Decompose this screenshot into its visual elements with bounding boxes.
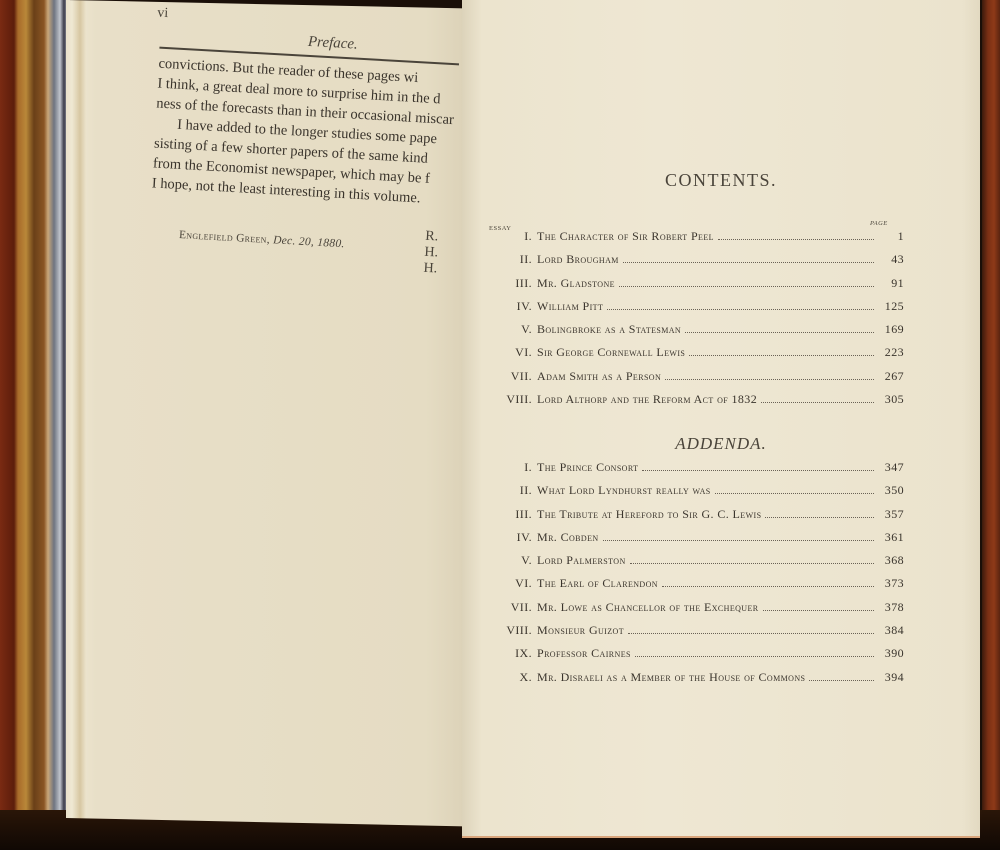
- entry-page: 378: [878, 600, 904, 615]
- entry-page: 350: [878, 483, 904, 498]
- entry-number: III.: [486, 507, 537, 522]
- dot-leader: [607, 308, 874, 310]
- entry-title: Mr. Lowe as Chancellor of the Exchequer: [537, 600, 759, 615]
- entry-number: I.: [486, 229, 537, 244]
- addenda-list: I. The Prince Consort 347 II. What Lord …: [486, 460, 904, 693]
- entry-title: The Character of Sir Robert Peel: [537, 229, 714, 244]
- entry-number: VIII.: [486, 392, 537, 407]
- dot-leader: [630, 562, 874, 564]
- dot-leader: [665, 378, 874, 380]
- entry-number: X.: [486, 670, 537, 685]
- entry-number: VIII.: [486, 623, 537, 638]
- dot-leader: [603, 539, 874, 541]
- entry-number: VII.: [486, 600, 537, 615]
- essays-list: I. The Character of Sir Robert Peel 1 II…: [486, 229, 904, 415]
- toc-entry: IX. Professor Cairnes 390: [486, 646, 904, 669]
- entry-title: Mr. Gladstone: [537, 276, 615, 291]
- right-page: [462, 0, 980, 838]
- toc-entry: V. Lord Palmerston 368: [486, 553, 904, 576]
- toc-entry: X. Mr. Disraeli as a Member of the House…: [486, 670, 904, 693]
- entry-title: Bolingbroke as a Statesman: [537, 322, 681, 337]
- entry-number: V.: [486, 322, 537, 337]
- entry-title: Adam Smith as a Person: [537, 369, 661, 384]
- dot-leader: [628, 632, 874, 634]
- entry-number: VII.: [486, 369, 537, 384]
- entry-title: Monsieur Guizot: [537, 623, 624, 638]
- toc-entry: VII. Mr. Lowe as Chancellor of the Exche…: [486, 600, 904, 623]
- entry-number: IV.: [486, 530, 537, 545]
- entry-page: 125: [878, 299, 904, 314]
- entry-title: Sir George Cornewall Lewis: [537, 345, 685, 360]
- entry-page: 373: [878, 576, 904, 591]
- addenda-heading: ADDENDA.: [462, 434, 980, 454]
- entry-number: III.: [486, 276, 537, 291]
- dot-leader: [718, 238, 874, 240]
- entry-number: VI.: [486, 345, 537, 360]
- entry-title: Lord Palmerston: [537, 553, 626, 568]
- entry-title: The Prince Consort: [537, 460, 638, 475]
- entry-page: 368: [878, 553, 904, 568]
- toc-entry: III. The Tribute at Hereford to Sir G. C…: [486, 507, 904, 530]
- contents-title: CONTENTS.: [462, 170, 980, 191]
- toc-entry: I. The Character of Sir Robert Peel 1: [486, 229, 904, 252]
- entry-page: 384: [878, 623, 904, 638]
- entry-page: 91: [878, 276, 904, 291]
- entry-number: V.: [486, 553, 537, 568]
- toc-entry: VIII. Monsieur Guizot 384: [486, 623, 904, 646]
- dot-leader: [685, 331, 874, 333]
- dot-leader: [642, 469, 874, 471]
- toc-entry: VI. The Earl of Clarendon 373: [486, 576, 904, 599]
- entry-title: The Earl of Clarendon: [537, 576, 658, 591]
- entry-page: 223: [878, 345, 904, 360]
- toc-entry: II. Lord Brougham 43: [486, 252, 904, 275]
- entry-page: 357: [878, 507, 904, 522]
- entry-title: The Tribute at Hereford to Sir G. C. Lew…: [537, 507, 761, 522]
- entry-title: Mr. Cobden: [537, 530, 599, 545]
- page-column-label: PAGE: [870, 220, 888, 227]
- entry-number: IV.: [486, 299, 537, 314]
- entry-page: 390: [878, 646, 904, 661]
- entry-number: II.: [486, 483, 537, 498]
- entry-page: 169: [878, 322, 904, 337]
- entry-title: Lord Brougham: [537, 252, 619, 267]
- dot-leader: [689, 354, 874, 356]
- preface-signature: R. H. H.: [423, 229, 454, 278]
- entry-title: Mr. Disraeli as a Member of the House of…: [537, 670, 805, 685]
- entry-title: William Pitt: [537, 299, 603, 314]
- entry-title: Professor Cairnes: [537, 646, 631, 661]
- toc-entry: VII. Adam Smith as a Person 267: [486, 369, 904, 392]
- book-binding-right: [982, 0, 1000, 820]
- toc-entry: V. Bolingbroke as a Statesman 169: [486, 322, 904, 345]
- dot-leader: [662, 585, 874, 587]
- entry-number: IX.: [486, 646, 537, 661]
- entry-title: What Lord Lyndhurst really was: [537, 483, 711, 498]
- dot-leader: [765, 516, 874, 518]
- dot-leader: [763, 609, 875, 611]
- dot-leader: [761, 401, 874, 403]
- entry-page: 347: [878, 460, 904, 475]
- toc-entry: III. Mr. Gladstone 91: [486, 276, 904, 299]
- entry-page: 361: [878, 530, 904, 545]
- entry-page: 267: [878, 369, 904, 384]
- book-binding-left: [0, 0, 70, 850]
- entry-page: 305: [878, 392, 904, 407]
- entry-page: 394: [878, 670, 904, 685]
- entry-title: Lord Althorp and the Reform Act of 1832: [537, 392, 757, 407]
- dot-leader: [809, 679, 874, 681]
- toc-entry: I. The Prince Consort 347: [486, 460, 904, 483]
- entry-number: I.: [486, 460, 537, 475]
- dot-leader: [635, 655, 874, 657]
- toc-entry: II. What Lord Lyndhurst really was 350: [486, 483, 904, 506]
- entry-number: II.: [486, 252, 537, 267]
- dot-leader: [623, 261, 874, 263]
- page-folio: vi: [157, 5, 169, 22]
- entry-number: VI.: [486, 576, 537, 591]
- toc-entry: VI. Sir George Cornewall Lewis 223: [486, 345, 904, 368]
- toc-entry: VIII. Lord Althorp and the Reform Act of…: [486, 392, 904, 415]
- dot-leader: [715, 492, 874, 494]
- dot-leader: [619, 285, 874, 287]
- toc-entry: IV. William Pitt 125: [486, 299, 904, 322]
- toc-entry: IV. Mr. Cobden 361: [486, 530, 904, 553]
- preface-body: convictions. But the reader of these pag…: [151, 54, 458, 211]
- running-header: Preface.: [307, 34, 358, 54]
- entry-page: 1: [878, 229, 904, 244]
- entry-page: 43: [878, 252, 904, 267]
